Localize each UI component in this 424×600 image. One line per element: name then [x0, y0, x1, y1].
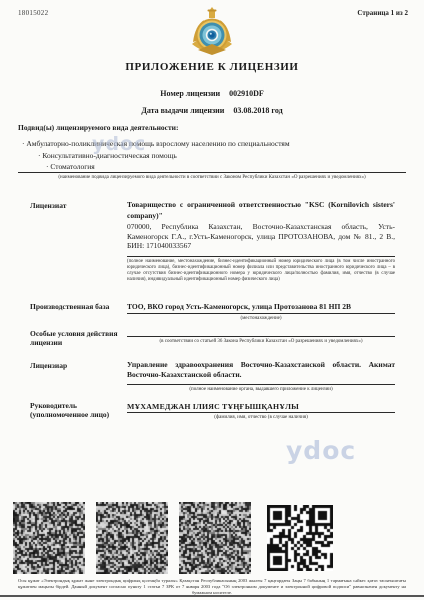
licensor-label: Лицензиар	[30, 361, 126, 370]
production-base-value: ТОО, ВКО город Усть-Каменогорск, улица П…	[127, 302, 395, 311]
license-number-label: Номер лицензии	[160, 89, 220, 98]
data-barcode-1-icon	[13, 502, 85, 574]
issue-date-label: Дата выдачи лицензии	[141, 106, 224, 115]
subtype-item: · Стоматология	[46, 162, 95, 171]
head-person-label: Руководитель (уполномоченное лицо)	[30, 401, 134, 419]
license-number-value: 002910DF	[229, 89, 264, 98]
divider-line	[18, 172, 406, 173]
licensee-address: 070000, Республика Казахстан, Восточно-К…	[127, 222, 395, 251]
data-barcode-3-icon	[179, 502, 251, 574]
license-attachment-page: 18015022 Страница 1 из 2 ПРИЛОЖЕНИЕ К ЛИ…	[0, 0, 424, 600]
head-person-name: МҰХАМЕДЖАН ІЛИЯС ТҰҢҒЫШҚАНҰЛЫ	[127, 402, 395, 411]
divider-line	[127, 256, 395, 257]
qr-code-icon	[267, 505, 333, 571]
issue-date-line: Дата выдачи лицензии03.08.2018 год	[0, 106, 424, 115]
data-barcode-2-icon	[96, 502, 168, 574]
divider-line	[127, 412, 395, 413]
production-base-caption: (местонахождение)	[127, 316, 395, 322]
special-conditions-label: Особые условия действия лицензии	[30, 329, 126, 347]
licensor-caption: (полное наименование органа, выдавшего п…	[127, 387, 395, 393]
legal-footer-text: Осы құжат «Электрондық құжат және электр…	[18, 578, 406, 595]
issue-date-value: 03.08.2018 год	[233, 106, 282, 115]
watermark-ydoc: ydoc	[286, 436, 356, 465]
divider-line	[127, 384, 395, 385]
license-number-line: Номер лицензии002910DF	[0, 89, 424, 98]
bottom-border-line	[0, 595, 424, 597]
watermark-ydoc: ydoc	[92, 133, 146, 155]
document-title: ПРИЛОЖЕНИЕ К ЛИЦЕНЗИИ	[0, 61, 424, 73]
licensee-caption: (полное наименование, местонахождение, б…	[127, 259, 395, 283]
production-base-label: Производственная база	[30, 302, 126, 311]
document-number: 18015022	[18, 9, 48, 17]
licensee-label: Лицензиат	[30, 201, 126, 210]
subtypes-heading: Подвид(ы) лицензируемого вида деятельнос…	[18, 123, 178, 132]
divider-line	[127, 336, 395, 337]
subtype-item: · Амбулаторно-поликлиническая помощь взр…	[22, 139, 290, 148]
page-indicator: Страница 1 из 2	[357, 9, 408, 17]
special-conditions-caption: (в соответствии со статьей 36 Закона Рес…	[127, 339, 395, 345]
licensor-value: Управление здравоохранения Восточно-Каза…	[127, 360, 395, 380]
divider-line	[127, 313, 395, 314]
subtypes-caption: (наименование подвида лицензируемого вид…	[26, 175, 398, 181]
licensee-name: Товарищество с ограниченной ответственно…	[127, 200, 395, 221]
kazakhstan-emblem-icon	[190, 6, 234, 56]
head-person-caption: (фамилия, имя, отчество (в случае наличи…	[127, 415, 395, 421]
